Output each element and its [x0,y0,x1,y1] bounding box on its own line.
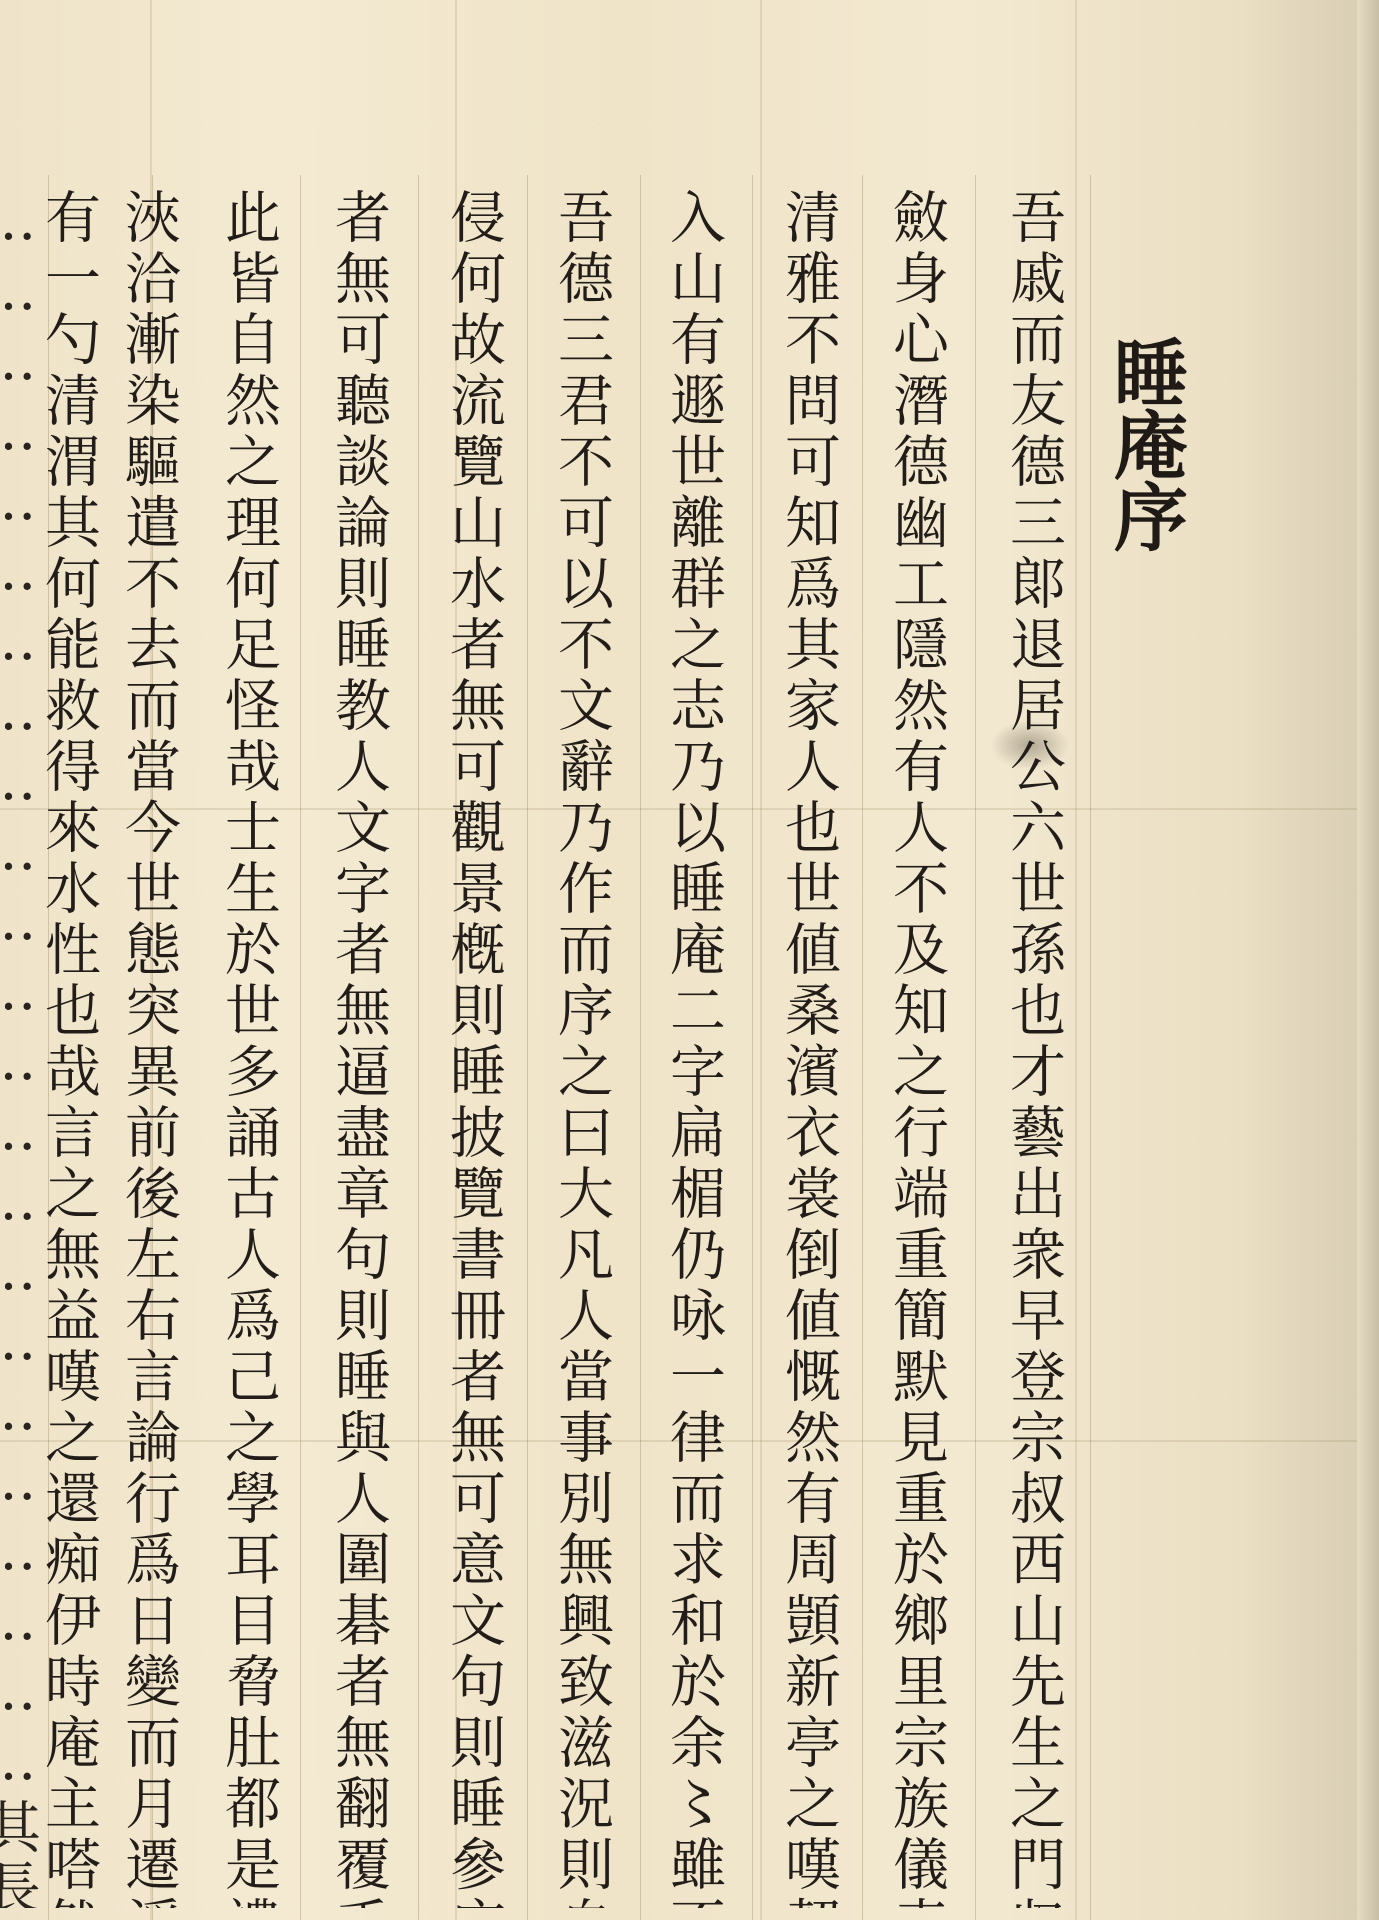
column-rule [527,175,528,1920]
column-rule [640,175,641,1920]
column-rule [418,175,419,1920]
text-column-2: 斂身心潛德幽工隱然有人不及知之行端重簡默見重於鄉里宗族儀表 [868,188,964,1908]
column-rule [862,175,863,1920]
text-column-6: 侵何故流覽山水者無可觀景槪則睡披覽書冊者無可意文句則睡參座會集 [425,188,521,1908]
text-column-7: 者無可聽談論則睡教人文字者無逼盡章句則睡與人圍碁者無翻覆手段則睡 [310,188,406,1908]
text-column-1: 吾戚而友德三郞退居公六世孫也才藝出衆早登宗叔西山先生之門収 [985,188,1081,1908]
manuscript-page: 睡庵序 吾戚而友德三郞退居公六世孫也才藝出衆早登宗叔西山先生之門収 斂身心潛德幽… [0,0,1379,1920]
column-rule [300,175,301,1920]
column-rule [975,175,976,1920]
text-column-8: 此皆自然之理何足怪哉士生於世多誦古人爲己之學耳目脅肚都是禮義廉恥四者 [200,188,296,1908]
text-column-3: 清雅不問可知爲其家人也世値桑濱衣裳倒値慨然有周顗新亭之嘆挈眷 [760,188,856,1908]
text-column-4: 入山有遯世離群之志乃以睡庵二字扁楣仍咏一律而求和於余〻雖不嫻音律至於 [645,188,741,1908]
text-column-5: 吾德三君不可以不文辭乃作而序之曰大凡人當事別無興致滋況則自然睡魔來 [533,188,629,1908]
document-title: 睡庵序 [1105,335,1185,551]
paper-edge [1357,0,1379,1920]
column-rule [752,175,753,1920]
column-rule [1090,175,1091,1920]
text-column-11-partial: ……………………………………………………………其長眉易肖且道乘林之集或倫 [0,188,56,1908]
